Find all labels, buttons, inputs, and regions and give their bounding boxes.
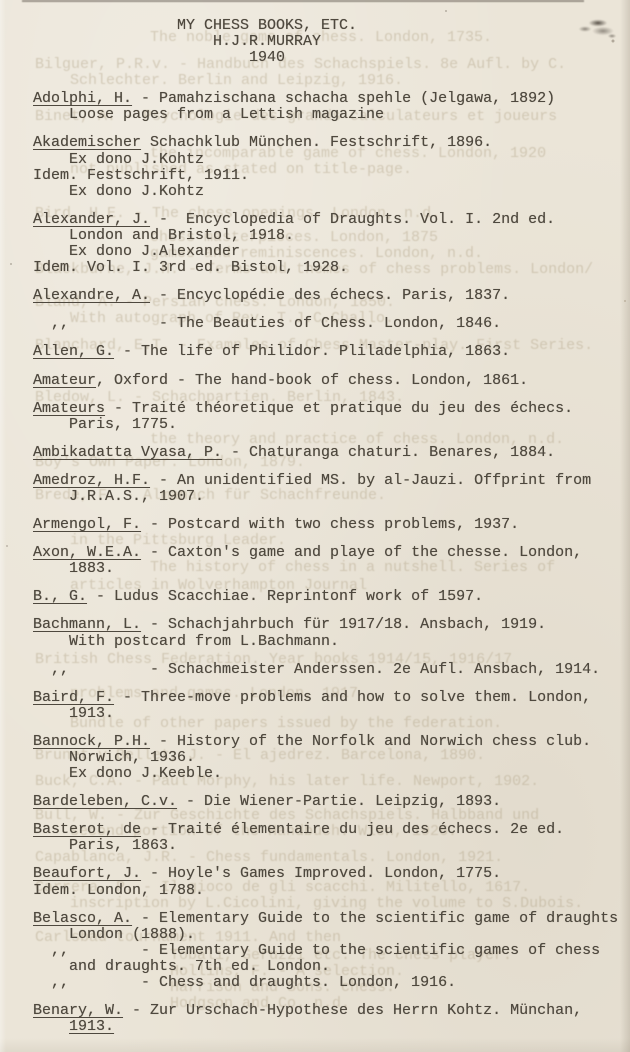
entry-text: Idem. London, 1788.: [33, 882, 204, 899]
entry-text: - Three-move problems and how to solve t…: [114, 689, 591, 706]
entry-text: - Caxton's game and playe of the chesse.…: [141, 544, 582, 561]
entry-text: Schachklub München. Festschrift, 1896.: [141, 134, 492, 151]
entry-line: Ex dono J.Keeble.: [33, 766, 618, 782]
entry-text: ,, - Chess and draughts. London, 1916.: [33, 974, 456, 991]
entry-line: Amateur, Oxford - The hand-book of chess…: [33, 373, 618, 389]
entry-text: - Die Wiener-Partie. Leipzig, 1893.: [177, 793, 501, 810]
entry-text: Ex dono J.Kohtz: [33, 183, 204, 200]
entry-line: Bannock, P.H. - History of the Norfolk a…: [33, 734, 618, 750]
document-header: MY CHESS BOOKS, ETC. H.J.R.MURRAY 1940: [33, 18, 618, 66]
entry-author-underlined: Beaufort, J.: [33, 865, 141, 882]
entry-text: - History of the Norfolk and Norwich che…: [150, 733, 591, 750]
entry-text: Paris, 1775.: [33, 416, 177, 433]
entry-line: Bachmann, L. - Schachjahrbuch für 1917/1…: [33, 617, 618, 633]
entry-author-underlined: Belasco, A.: [33, 910, 132, 927]
entry-text: , Oxford - The hand-book of chess. Londo…: [96, 372, 528, 389]
entry-line: London and Bristol, 1918.: [33, 228, 618, 244]
entry-text: - Postcard with two chess problems, 1937…: [141, 516, 519, 533]
entry-text: - The life of Philidor. Pliladelphia, 18…: [114, 343, 510, 360]
entry-author-underlined: Bardeleben, C.v.: [33, 793, 177, 810]
entry-text: - Pamahzischana schacha spehle (Jelgawa,…: [132, 90, 555, 107]
entry-author-underlined: Axon, W.E.A.: [33, 544, 141, 561]
entry-line: 1883.: [33, 561, 618, 577]
entry-author-underlined: Bachmann, L.: [33, 616, 141, 633]
entry-author-underlined: Amateur: [33, 372, 96, 389]
entry-line: Paris, 1863.: [33, 838, 618, 854]
entry-text: - Hoyle's Games Improved. London, 1775.: [141, 865, 501, 882]
bibliography-entry: Alexander, J. - Encyclopedia of Draughts…: [33, 212, 618, 276]
entry-line: Beaufort, J. - Hoyle's Games Improved. L…: [33, 866, 618, 882]
entry-line: Axon, W.E.A. - Caxton's game and playe o…: [33, 545, 618, 561]
bibliography-entry: Baird, F. - Three-move problems and how …: [33, 690, 618, 722]
bibliography-entry: Amateurs - Traité théoretique et pratiqu…: [33, 401, 618, 433]
entry-author-underlined: Baird, F.: [33, 689, 114, 706]
entry-text: ,, - Schachmeister Anderssen. 2e Aufl. A…: [33, 661, 600, 678]
bibliography-entry: Bachmann, L. - Schachjahrbuch für 1917/1…: [33, 617, 618, 649]
entry-line: Amateurs - Traité théoretique et pratiqu…: [33, 401, 618, 417]
entry-author-underlined: Armengol, F.: [33, 516, 141, 533]
entry-text: - Elementary Guide to the scientific gam…: [132, 910, 618, 927]
entry-line: Alexandre, A. - Encyclopédie des échecs.…: [33, 288, 618, 304]
page-author: H.J.R.MURRAY: [33, 34, 618, 50]
entry-line: Amedroz, H.F. - An unidentified MS. by a…: [33, 473, 618, 489]
entry-text: Paris, 1863.: [33, 837, 177, 854]
entry-author-underlined: Alexandre, A.: [33, 287, 150, 304]
entry-text: - An unidentified MS. by al-Jauzi. Offpr…: [150, 472, 591, 489]
entry-author-underlined: Adolphi, H.: [33, 90, 132, 107]
entry-text: Loose pages from a Lettish magazine: [33, 106, 384, 123]
entry-author-underlined: Ambikadatta Vyasa, P.: [33, 444, 222, 461]
bibliography-entry: Alexandre, A. - Encyclopédie des échecs.…: [33, 288, 618, 304]
entry-line: and draughts. 7th ed. London.: [33, 959, 618, 975]
entry-line: Ex dono J.Alexander: [33, 244, 618, 260]
entry-line: B., G. - Ludus Scacchiae. Reprintonf wor…: [33, 589, 618, 605]
entry-text: London and Bristol, 1918.: [33, 227, 294, 244]
bibliography-entry: ,, - Schachmeister Anderssen. 2e Aufl. A…: [33, 662, 618, 678]
scan-edge-line: [22, 0, 584, 2]
scanned-document-page: The noble game of chess. London, 1735.Bi…: [0, 0, 630, 1052]
entry-text: Idem. Festschrift, 1911.: [33, 167, 249, 184]
entry-line: J.R.A.S., 1907.: [33, 489, 618, 505]
entry-text: - Encyclopedia of Draughts. Vol. I. 2nd …: [150, 211, 555, 228]
page-year: 1940: [33, 50, 618, 66]
entry-line: 1913.: [33, 1019, 618, 1035]
entry-text: - Ludus Scacchiae. Reprintonf work of 15…: [87, 588, 483, 605]
entry-line: Belasco, A. - Elementary Guide to the sc…: [33, 911, 618, 927]
entry-line: With postcard from L.Bachmann.: [33, 634, 618, 650]
entry-text: and draughts. 7th ed. London.: [33, 958, 330, 975]
entry-line: ,, - The Beauties of Chess. London, 1846…: [33, 316, 618, 332]
entry-text: ,, - The Beauties of Chess. London, 1846…: [33, 315, 501, 332]
entry-line: Ambikadatta Vyasa, P. - Chaturanga chatu…: [33, 445, 618, 461]
entry-text: Norwich, 1936.: [33, 749, 195, 766]
entry-author-underlined: Allen, G.: [33, 343, 114, 360]
paper-specks: [0, 0, 2, 2]
entry-line: ,, - Elementary Guide to the scientific …: [33, 943, 618, 959]
entry-line: ,, - Chess and draughts. London, 1916.: [33, 975, 618, 991]
entry-line: Idem. Vol. I. 3rd ed. Bistol, 1928.: [33, 260, 618, 276]
page-title: MY CHESS BOOKS, ETC.: [33, 18, 618, 34]
entry-line: Paris, 1775.: [33, 417, 618, 433]
entry-text: - Chaturanga chaturi. Benares, 1884.: [222, 444, 555, 461]
bibliography-entry: ,, - The Beauties of Chess. London, 1846…: [33, 316, 618, 332]
entry-line: Benary, W. - Zur Urschach-Hypothese des …: [33, 1003, 618, 1019]
document-body: MY CHESS BOOKS, ETC. H.J.R.MURRAY 1940 A…: [33, 18, 618, 1047]
bibliography-entry: Benary, W. - Zur Urschach-Hypothese des …: [33, 1003, 618, 1035]
bibliography-entry: Amateur, Oxford - The hand-book of chess…: [33, 373, 618, 389]
entry-text: - Traité théoretique et pratique du jeu …: [105, 400, 573, 417]
bibliography-entry: Beaufort, J. - Hoyle's Games Improved. L…: [33, 866, 618, 898]
entry-author-underlined: Benary, W.: [33, 1002, 123, 1019]
entry-text: Ex dono J.Alexander: [33, 243, 240, 260]
entry-text: 1913.: [33, 705, 114, 722]
entry-line: Idem. London, 1788.: [33, 883, 618, 899]
bibliography-entry: Ambikadatta Vyasa, P. - Chaturanga chatu…: [33, 445, 618, 461]
entry-text: ,, - Elementary Guide to the scientific …: [33, 942, 600, 959]
bibliography-entry: Bannock, P.H. - History of the Norfolk a…: [33, 734, 618, 782]
entry-line: Norwich, 1936.: [33, 750, 618, 766]
entry-line: Bardeleben, C.v. - Die Wiener-Partie. Le…: [33, 794, 618, 810]
entry-author-underlined: Alexander, J.: [33, 211, 150, 228]
entry-line: Idem. Festschrift, 1911.: [33, 168, 618, 184]
entry-line: London (1888).: [33, 927, 618, 943]
bibliography-entry: Bardeleben, C.v. - Die Wiener-Partie. Le…: [33, 794, 618, 810]
entry-text: [33, 1018, 69, 1035]
entry-text: London (1888).: [33, 926, 195, 943]
entry-text: J.R.A.S., 1907.: [33, 488, 204, 505]
entry-author-underlined: Amedroz, H.F.: [33, 472, 150, 489]
entry-line: ,, - Schachmeister Anderssen. 2e Aufl. A…: [33, 662, 618, 678]
bibliography-entry: Amedroz, H.F. - An unidentified MS. by a…: [33, 473, 618, 505]
entry-author-underlined: Basterot, de: [33, 821, 141, 838]
bibliography-entry: Akademischer Schachklub München. Festsch…: [33, 135, 618, 199]
entry-line: Alexander, J. - Encyclopedia of Draughts…: [33, 212, 618, 228]
entry-text: Ex dono J.Keeble.: [33, 765, 222, 782]
entry-line: Baird, F. - Three-move problems and how …: [33, 690, 618, 706]
entry-line: Basterot, de - Traité élementaire du jeu…: [33, 822, 618, 838]
entry-line: Allen, G. - The life of Philidor. Plilad…: [33, 344, 618, 360]
entry-text: Ex dono J.Kohtz: [33, 151, 204, 168]
entry-text: 1883.: [33, 560, 114, 577]
bibliography-entry: Allen, G. - The life of Philidor. Plilad…: [33, 344, 618, 360]
entry-line: Armengol, F. - Postcard with two chess p…: [33, 517, 618, 533]
bibliography-entry: Basterot, de - Traité élementaire du jeu…: [33, 822, 618, 854]
entry-author-underlined: 1913.: [69, 1018, 114, 1035]
entry-text: With postcard from L.Bachmann.: [33, 633, 339, 650]
entry-author-underlined: B., G.: [33, 588, 87, 605]
bibliography-entry: B., G. - Ludus Scacchiae. Reprintonf wor…: [33, 589, 618, 605]
bibliography-entry: Belasco, A. - Elementary Guide to the sc…: [33, 911, 618, 991]
entry-text: - Encyclopédie des échecs. Paris, 1837.: [150, 287, 510, 304]
entry-author-underlined: Bannock, P.H.: [33, 733, 150, 750]
entry-text: - Schachjahrbuch für 1917/18. Ansbach, 1…: [141, 616, 546, 633]
entry-line: 1913.: [33, 706, 618, 722]
bibliography-entry: Adolphi, H. - Pamahzischana schacha speh…: [33, 91, 618, 123]
entry-text: Idem. Vol. I. 3rd ed. Bistol, 1928.: [33, 259, 348, 276]
entry-author-underlined: Akademischer: [33, 134, 141, 151]
entry-line: Ex dono J.Kohtz: [33, 152, 618, 168]
entry-line: Ex dono J.Kohtz: [33, 184, 618, 200]
bibliography-entry: Armengol, F. - Postcard with two chess p…: [33, 517, 618, 533]
bibliography-entry: Axon, W.E.A. - Caxton's game and playe o…: [33, 545, 618, 577]
entry-line: Adolphi, H. - Pamahzischana schacha speh…: [33, 91, 618, 107]
entry-line: Akademischer Schachklub München. Festsch…: [33, 135, 618, 151]
entry-text: - Zur Urschach-Hypothese des Herrn Kohtz…: [123, 1002, 582, 1019]
entry-author-underlined: Amateurs: [33, 400, 105, 417]
entry-line: Loose pages from a Lettish magazine: [33, 107, 618, 123]
bibliography-entries: Adolphi, H. - Pamahzischana schacha speh…: [33, 91, 618, 1035]
entry-text: - Traité élementaire du jeu des échecs. …: [141, 821, 564, 838]
